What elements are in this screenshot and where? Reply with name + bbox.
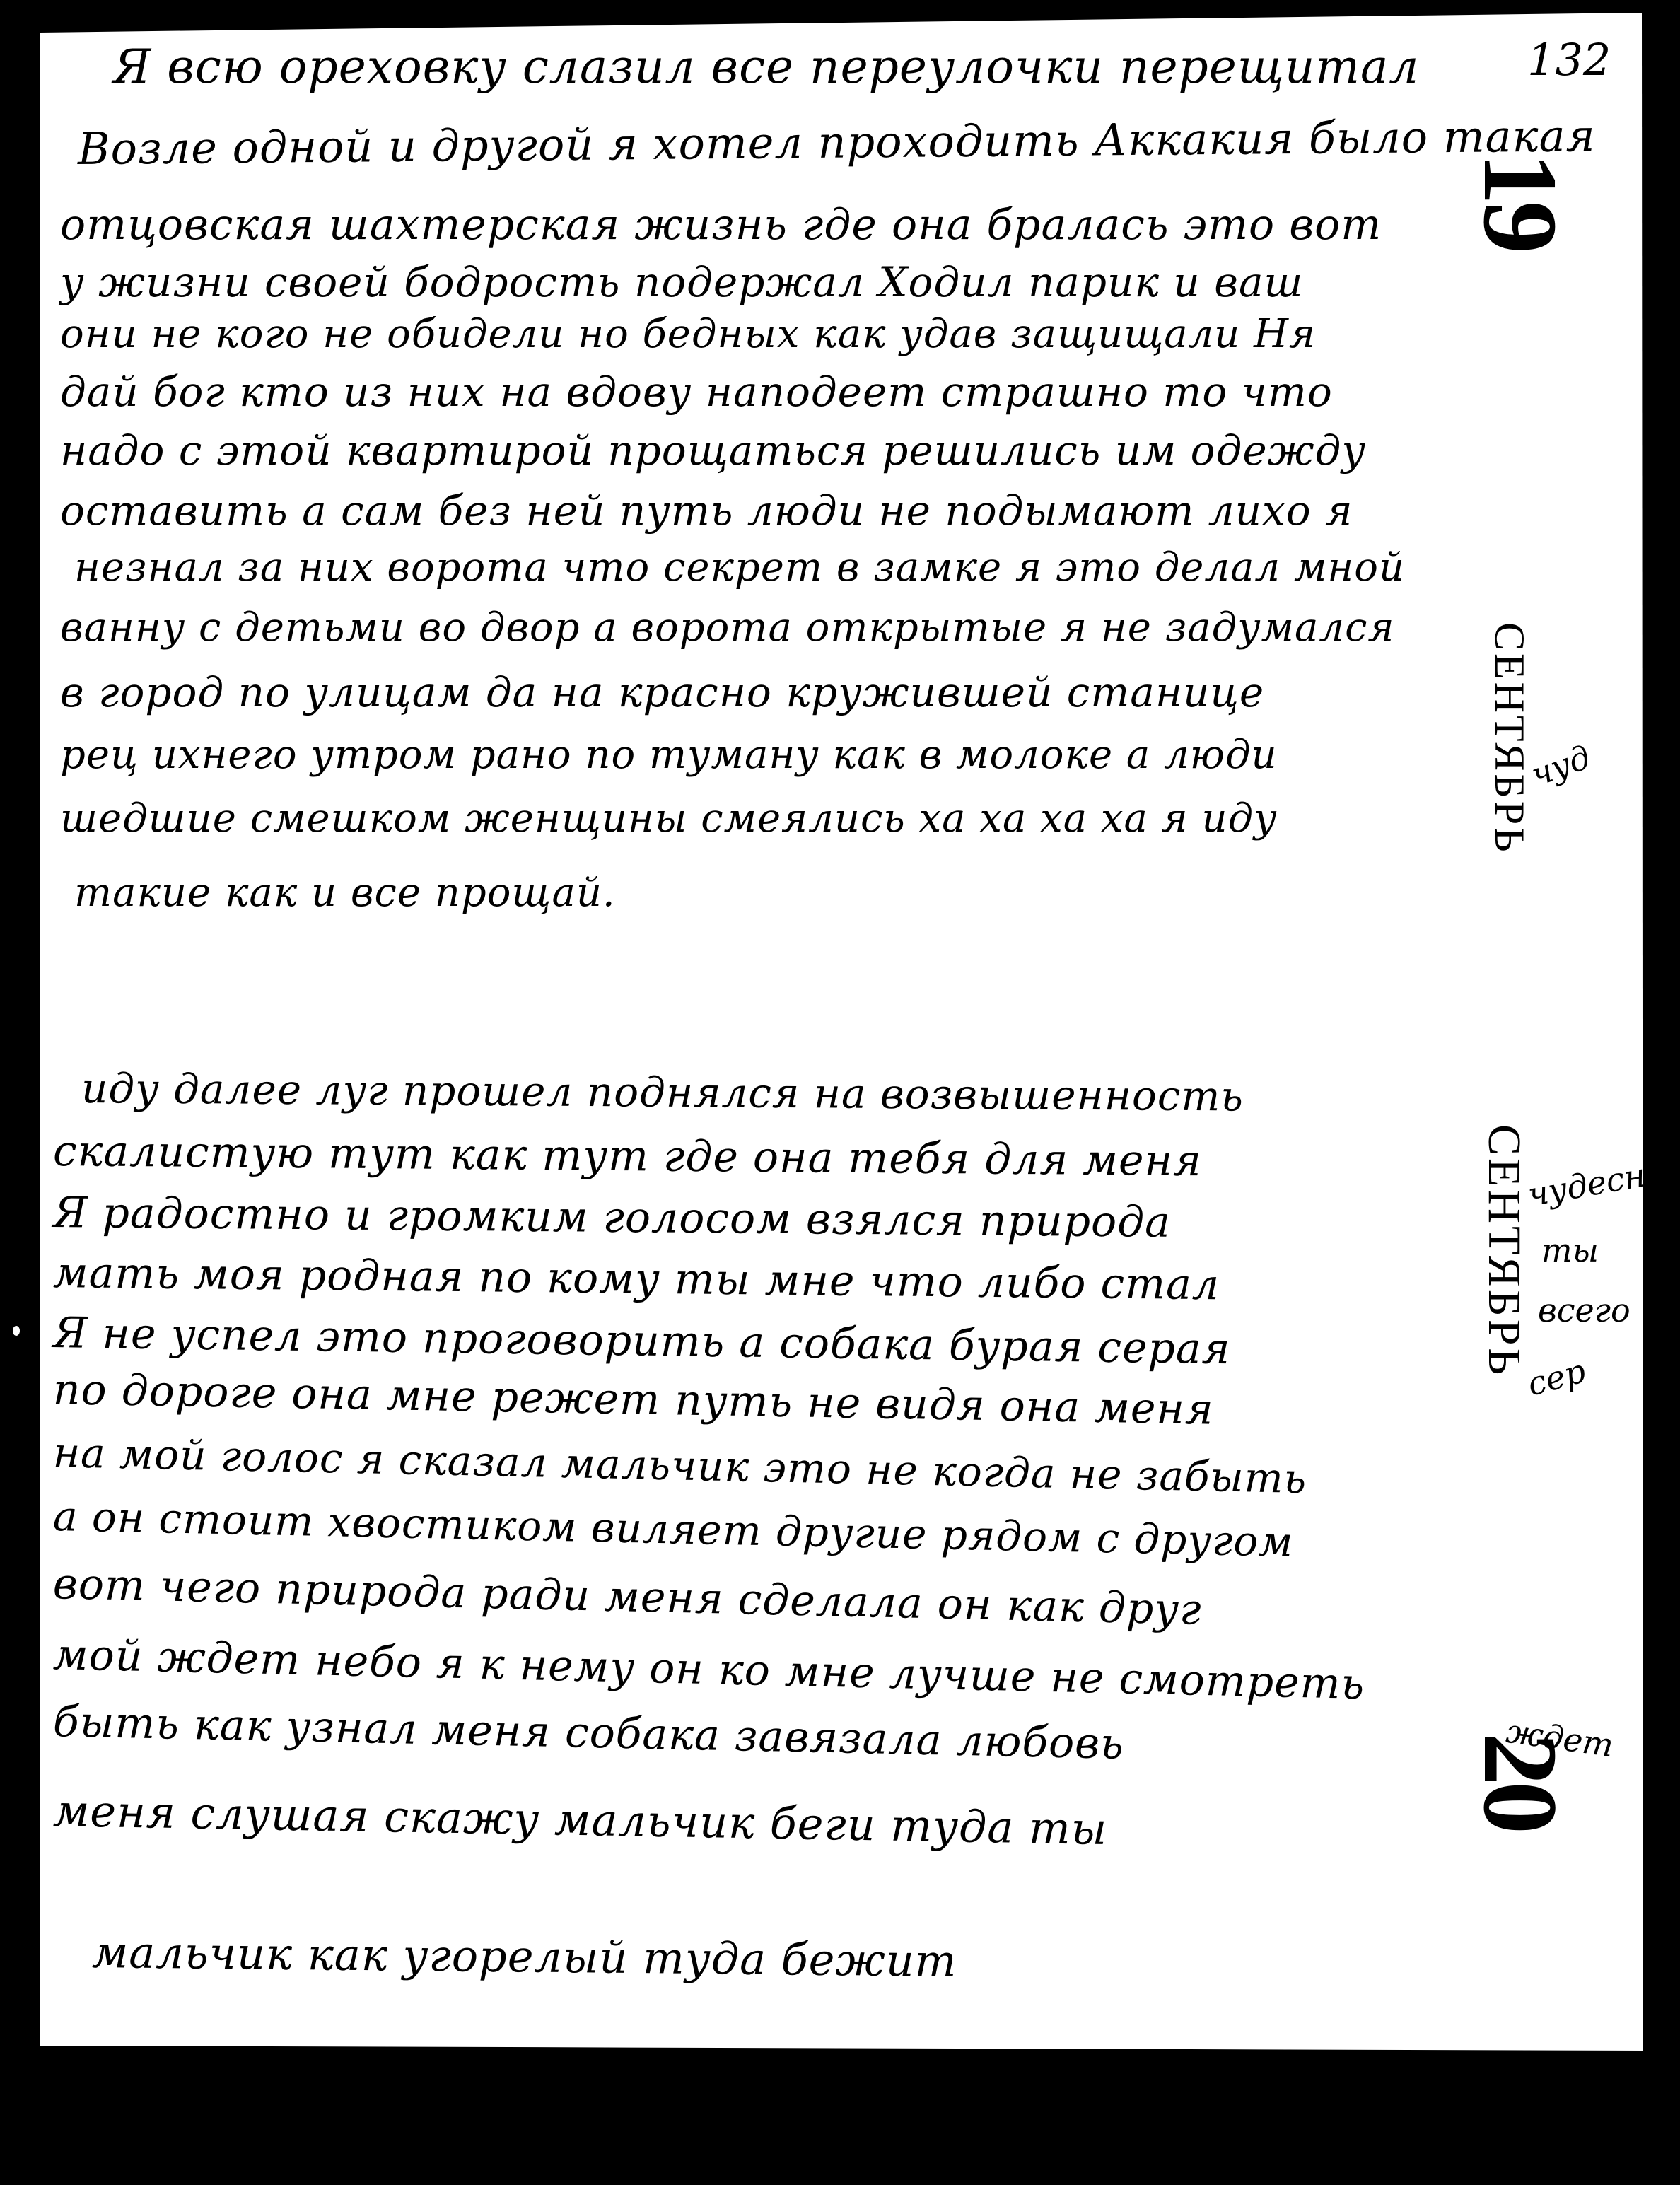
- handwritten-line: такие как и все прощай.: [74, 873, 616, 913]
- handwritten-line: шедшие смешком женщины смеялись ха ха ха…: [60, 799, 1278, 839]
- handwritten-line: Я радостно и громким голосом взялся прир…: [53, 1191, 1171, 1244]
- handwritten-line: дай бог кто из них на вдову наподеет стр…: [60, 371, 1333, 412]
- handwritten-line: скалистую тут как тут где она тебя для м…: [53, 1130, 1202, 1182]
- margin-note: ты: [1541, 1234, 1599, 1266]
- handwritten-line: Я всю ореховку слазил все переулочки пер…: [113, 44, 1419, 91]
- handwritten-line: ванну с детьми во двор а ворота открытые…: [60, 608, 1395, 648]
- handwritten-line: отцовская шахтерская жизнь где она брала…: [60, 204, 1382, 246]
- scan-speck: [13, 1326, 20, 1336]
- calendar-month-stamp: СЕНТЯБРЬ: [1488, 622, 1531, 855]
- handwritten-line: оставить а сам без ней путь люди не поды…: [60, 490, 1353, 531]
- handwritten-line: надо с этой квартирой прощаться решились…: [60, 430, 1366, 471]
- handwritten-line: в город по улицам да на красно кружившей…: [60, 672, 1264, 713]
- handwritten-line: рец ихнего утром рано по туману как в мо…: [60, 735, 1278, 775]
- handwritten-line: мать моя родная по кому ты мне что либо …: [53, 1252, 1220, 1306]
- handwritten-line: мальчик как угорелый туда бежит: [92, 1930, 957, 1983]
- calendar-month-stamp: СЕНТЯБРЬ: [1481, 1124, 1527, 1377]
- calendar-day-stamp: 19: [1467, 152, 1573, 250]
- page-number: 132: [1527, 34, 1611, 86]
- handwritten-line: незнал за них ворота что секрет в замке …: [74, 548, 1405, 588]
- margin-note: всего: [1538, 1294, 1631, 1327]
- scanned-page: 132 Я всю ореховку слазил все переулочки…: [0, 0, 1680, 2185]
- handwritten-line: Возле одной и другой я хотел проходить А…: [78, 114, 1596, 171]
- handwritten-line: у жизни своей бодрость подержал Ходил па…: [60, 262, 1304, 303]
- handwritten-line: иду далее луг прошел поднялся на возвыше…: [81, 1068, 1244, 1117]
- handwritten-line: они не кого не обидели но бедных как уда…: [60, 315, 1316, 354]
